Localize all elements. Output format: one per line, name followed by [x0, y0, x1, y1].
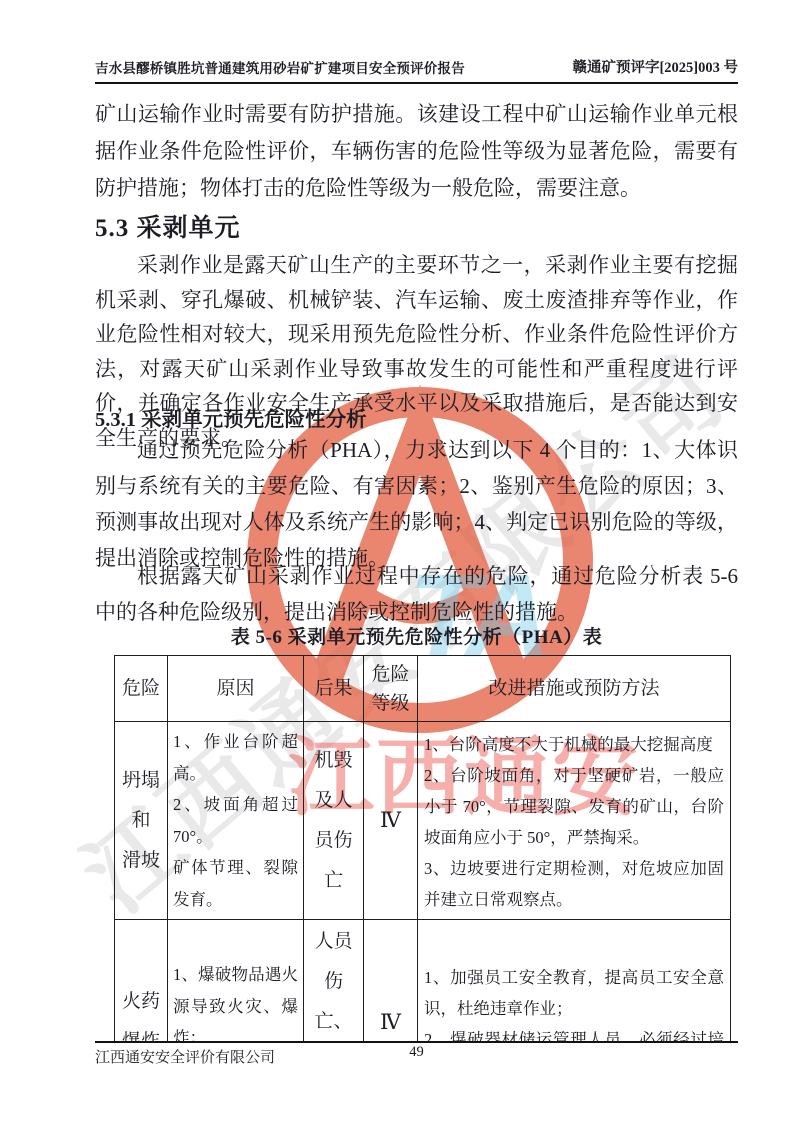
pha-table: 危险 原因 后果 危险等级 改进措施或预防方法 坍塌和滑坡 1、作业台阶超高。2… — [114, 655, 731, 1043]
table-caption: 表 5-6 采剥单元预先危险性分析（PHA）表 — [95, 622, 738, 649]
header-cell-cause: 原因 — [168, 656, 304, 722]
report-title: 吉水县醪桥镇胜坑普通建筑用砂岩矿扩建项目安全预评价报告 — [95, 57, 465, 77]
hazard-cell: 坍塌和滑坡 — [115, 722, 168, 920]
page-header: 吉水县醪桥镇胜坑普通建筑用砂岩矿扩建项目安全预评价报告 赣通矿预评字[2025]… — [95, 50, 738, 84]
header-cell-hazard: 危险 — [115, 656, 168, 722]
consequence-cell: 机毁及人员伤亡 — [304, 722, 364, 920]
header-cell-measures: 改进措施或预防方法 — [418, 656, 731, 722]
paragraph-pha: 通过预先危险分析（PHA），力求达到以下 4 个目的：1、大体识别与系统有关的主… — [95, 432, 738, 576]
pha-table-wrapper: 危险 原因 后果 危险等级 改进措施或预防方法 坍塌和滑坡 1、作业台阶超高。2… — [114, 655, 732, 1043]
hazard-cell: 火药爆炸 — [115, 920, 168, 1044]
paragraph-transport: 矿山运输作业时需要有防护措施。该建设工程中矿山运输作业单元根据作业条件危险性评价… — [95, 96, 738, 207]
measures-cell: 1、台阶高度不大于机械的最大挖掘高度2、台阶坡面角，对于坚硬矿岩，一般应小于 7… — [418, 722, 731, 920]
cause-cell: 1、爆破物品遇火源导致火灾、爆炸；2、由于碰撞、摩 — [168, 920, 304, 1044]
section-heading: 5.3 采剥单元 — [95, 208, 738, 244]
consequence-cell: 人员伤亡、财产损失 — [304, 920, 364, 1044]
header-cell-level: 危险等级 — [364, 656, 418, 722]
paragraph-table-intro: 根据露天矿山采剥作业过程中存在的危险，通过危险分析表 5-6 中的各种危险级别，… — [95, 558, 738, 630]
level-cell: Ⅳ — [364, 920, 418, 1044]
table-row: 火药爆炸 1、爆破物品遇火源导致火灾、爆炸；2、由于碰撞、摩 人员伤亡、财产损失… — [115, 920, 731, 1044]
header-cell-consequence: 后果 — [304, 656, 364, 722]
level-cell: Ⅳ — [364, 722, 418, 920]
doc-number: 赣通矿预评字[2025]003 号 — [572, 56, 738, 77]
cause-cell: 1、作业台阶超高。2、坡面角超过 70°。矿体节理、裂隙发育。 — [168, 722, 304, 920]
table-row: 坍塌和滑坡 1、作业台阶超高。2、坡面角超过 70°。矿体节理、裂隙发育。 机毁… — [115, 722, 731, 920]
page-number: 49 — [95, 1044, 738, 1061]
document-page: 江西通安有限公司 TA 江西通安 吉水县醪桥镇胜坑普通建筑用砂岩矿扩建项目安全预… — [0, 0, 793, 1122]
subsection-heading: 5.3.1 采剥单元预先危险性分析 — [95, 402, 738, 432]
measures-cell: 1、加强员工安全教育，提高员工安全意识，杜绝违章作业；2、爆破器材储运管理人员，… — [418, 920, 731, 1044]
footer-divider — [95, 1041, 738, 1043]
table-header-row: 危险 原因 后果 危险等级 改进措施或预防方法 — [115, 656, 731, 722]
